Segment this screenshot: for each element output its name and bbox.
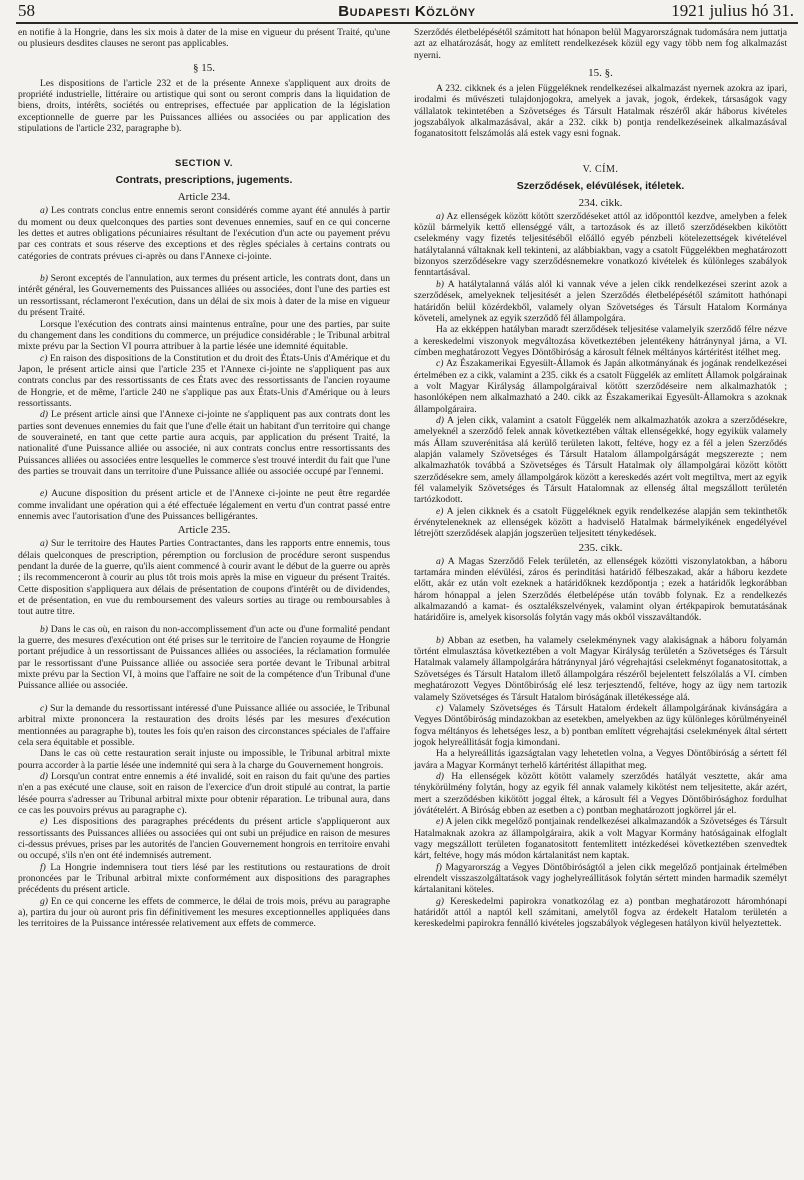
article-235-e: e) Les dispositions des paragraphes préc… bbox=[18, 816, 390, 861]
item-text: Dans le cas où, en raison du non-accompl… bbox=[18, 624, 390, 692]
paragraph-15-heading: § 15. bbox=[18, 58, 390, 78]
item-label: d) bbox=[40, 771, 48, 782]
item-label: b) bbox=[436, 279, 444, 290]
item-label: d) bbox=[436, 771, 444, 782]
article-234-heading: Article 234. bbox=[18, 189, 390, 205]
item-text: Sur le territoire des Hautes Parties Con… bbox=[18, 538, 390, 617]
article-235-f: f) Magyarország a Vegyes Döntőbiróságtól… bbox=[414, 862, 787, 896]
article-235-heading: 235. cikk. bbox=[414, 540, 787, 556]
item-text: A Magas Szerződő Felek területén, az ell… bbox=[414, 556, 787, 624]
section-heading: V. CÍM. bbox=[414, 162, 787, 177]
item-text: Kereskedelmi papirokra vonatkozólag ez a… bbox=[414, 896, 787, 930]
item-label: c) bbox=[436, 358, 443, 369]
intro-text: en notifie à la Hongrie, dans les six mo… bbox=[18, 27, 390, 50]
item-text: Lorsqu'un contrat entre ennemis a été in… bbox=[18, 771, 390, 816]
item-label: a) bbox=[40, 538, 48, 549]
article-235-e: e) A jelen cikk megelőző pontjainak rend… bbox=[414, 816, 787, 861]
item-text: Aucune disposition du présent article et… bbox=[18, 488, 390, 522]
article-235-g: g) En ce qui concerne les effets de comm… bbox=[18, 896, 390, 930]
section-heading: SECTION V. bbox=[18, 156, 390, 171]
article-234-c: c) En raison des dispositions de la Cons… bbox=[18, 353, 390, 410]
item-label: a) bbox=[436, 211, 444, 222]
article-234-d: d) A jelen cikk, valamint a csatolt Függ… bbox=[414, 415, 787, 506]
item-label: g) bbox=[40, 896, 48, 907]
article-234-b-cont: Lorsque l'exécution des contrats ainsi m… bbox=[18, 319, 390, 353]
article-235-c: c) Valamely Szövetséges és Társult Hatal… bbox=[414, 703, 787, 748]
item-label: b) bbox=[40, 273, 48, 284]
paragraph-15-text: Les dispositions de l'article 232 et de … bbox=[18, 78, 390, 135]
item-label: a) bbox=[436, 556, 444, 567]
issue-date: 1921 julius hó 31. bbox=[671, 1, 794, 21]
item-label: c) bbox=[436, 703, 443, 714]
item-label: d) bbox=[436, 415, 444, 426]
item-text: Sur la demande du ressortissant intéress… bbox=[18, 703, 390, 748]
article-234-e: e) Aucune disposition du présent article… bbox=[18, 488, 390, 522]
article-235-heading: Article 235. bbox=[18, 522, 390, 538]
item-text: Seront exceptés de l'annulation, aux ter… bbox=[18, 273, 390, 318]
item-label: g) bbox=[436, 896, 444, 907]
item-text: Le présent article ainsi que l'Annexe ci… bbox=[18, 409, 390, 477]
section-title: Contrats, prescriptions, jugements. bbox=[18, 171, 390, 189]
item-label: e) bbox=[40, 488, 47, 499]
item-text: Abban az esetben, ha valamely cselekmény… bbox=[414, 635, 787, 703]
item-text: Magyarország a Vegyes Döntőbiróságtól a … bbox=[414, 862, 787, 896]
item-text: Az Északamerikai Egyesült-Államok és Jap… bbox=[414, 358, 787, 414]
article-234-b: b) A hatálytalanná válás alól ki vannak … bbox=[414, 279, 787, 324]
article-235-c: c) Sur la demande du ressortissant intér… bbox=[18, 703, 390, 748]
item-label: e) bbox=[436, 816, 443, 827]
article-234-b-cont: Ha az ekképpen hatályban maradt szerződé… bbox=[414, 324, 787, 358]
paragraph-15-text: A 232. cikknek és a jelen Függeléknek re… bbox=[414, 83, 787, 140]
section-title: Szerződések, elévülések, itéletek. bbox=[414, 177, 787, 195]
item-label: c) bbox=[40, 353, 47, 364]
article-235-f: f) La Hongrie indemnisera tout tiers lés… bbox=[18, 862, 390, 896]
item-label: b) bbox=[40, 624, 48, 635]
article-235-d: d) Ha ellenségek között kötött valamely … bbox=[414, 771, 787, 816]
article-234-d: d) Le présent article ainsi que l'Annexe… bbox=[18, 409, 390, 477]
article-234-heading: 234. cikk. bbox=[414, 195, 787, 211]
item-text: Les dispositions des paragraphes précéde… bbox=[18, 816, 390, 861]
item-text: Az ellenségek között kötött szerződéseke… bbox=[414, 211, 787, 279]
item-label: e) bbox=[40, 816, 47, 827]
item-label: a) bbox=[40, 205, 48, 216]
article-234-a: a) Az ellenségek között kötött szerződés… bbox=[414, 211, 787, 279]
item-text: Valamely Szövetséges és Társult Hatalom … bbox=[414, 703, 787, 748]
article-235-d: d) Lorsqu'un contrat entre ennemis a été… bbox=[18, 771, 390, 816]
article-234-e: e) A jelen cikknek és a csatolt Függelék… bbox=[414, 506, 787, 540]
article-234-c: c) Az Északamerikai Egyesült-Államok és … bbox=[414, 358, 787, 415]
item-text: Les contrats conclus entre ennemis seron… bbox=[18, 205, 390, 261]
item-text: En raison des dispositions de la Constit… bbox=[18, 353, 390, 409]
item-label: c) bbox=[40, 703, 47, 714]
page-header: 58 Budapesti Közlöny 1921 julius hó 31. bbox=[16, 0, 798, 24]
intro-text: Szerződés életbelépésétől számitott hat … bbox=[414, 27, 787, 61]
paragraph-15-heading: 15. §. bbox=[414, 63, 787, 83]
item-label: e) bbox=[436, 506, 443, 517]
article-235-c-cont: Dans le cas où cette restauration serait… bbox=[18, 748, 390, 771]
item-text: La Hongrie indemnisera tout tiers lésé p… bbox=[18, 862, 390, 896]
item-label: b) bbox=[436, 635, 444, 646]
article-234-b: b) Seront exceptés de l'annulation, aux … bbox=[18, 273, 390, 318]
article-234-a: a) Les contrats conclus entre ennemis se… bbox=[18, 205, 390, 262]
article-235-b: b) Abban az esetben, ha valamely cselekm… bbox=[414, 635, 787, 703]
item-text: En ce qui concerne les effets de commerc… bbox=[18, 896, 390, 930]
newspaper-page: 58 Budapesti Közlöny 1921 julius hó 31. … bbox=[0, 0, 804, 1180]
item-label: d) bbox=[40, 409, 48, 420]
article-235-a: a) Sur le territoire des Hautes Parties … bbox=[18, 538, 390, 617]
item-label: f) bbox=[40, 862, 46, 873]
article-235-c-cont: Ha a helyreállitás igazságtalan vagy leh… bbox=[414, 748, 787, 771]
item-text: A jelen cikknek és a csatolt Függeléknek… bbox=[414, 506, 787, 540]
item-text: A hatálytalanná válás alól ki vannak vév… bbox=[414, 279, 787, 324]
article-235-g: g) Kereskedelmi papirokra vonatkozólag e… bbox=[414, 896, 787, 930]
item-label: f) bbox=[436, 862, 442, 873]
article-235-b: b) Dans le cas où, en raison du non-acco… bbox=[18, 624, 390, 692]
hungarian-column: Szerződés életbelépésétől számitott hat … bbox=[414, 27, 787, 930]
item-text: A jelen cikk megelőző pontjainak rendelk… bbox=[414, 816, 787, 861]
item-text: A jelen cikk, valamint a csatolt Függelé… bbox=[414, 415, 787, 505]
article-235-a: a) A Magas Szerződő Felek területén, az … bbox=[414, 556, 787, 624]
item-text: Ha ellenségek között kötött valamely sze… bbox=[414, 771, 787, 816]
french-column: en notifie à la Hongrie, dans les six mo… bbox=[18, 27, 390, 930]
